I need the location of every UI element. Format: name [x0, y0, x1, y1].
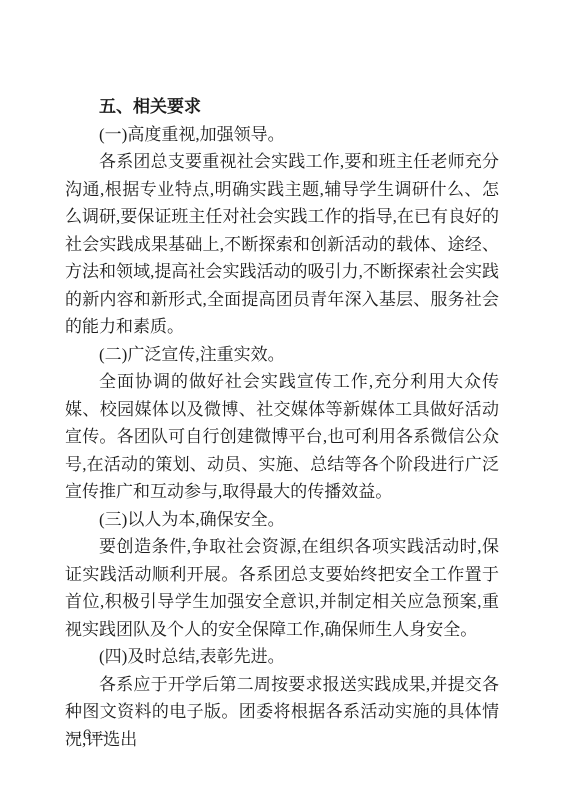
- paragraph-4: 各系应于开学后第二周按要求报送实践成果,并提交各种图文资料的电子版。团委将根据各…: [65, 671, 499, 754]
- subsection-heading-1: (一)高度重视,加强领导。: [65, 121, 499, 149]
- subsection-heading-2: (二)广泛宣传,注重实效。: [65, 341, 499, 369]
- paragraph-3: 要创造条件,争取社会资源,在组织各项实践活动时,保证实践活动顺利开展。各系团总支…: [65, 533, 499, 643]
- document-body: 五、相关要求 (一)高度重视,加强领导。 各系团总支要重视社会实践工作,要和班主…: [65, 93, 499, 753]
- page-number: —6—: [66, 727, 110, 743]
- document-page: 五、相关要求 (一)高度重视,加强领导。 各系团总支要重视社会实践工作,要和班主…: [0, 0, 565, 807]
- subsection-heading-4: (四)及时总结,表彰先进。: [65, 643, 499, 671]
- paragraph-1: 各系团总支要重视社会实践工作,要和班主任老师充分沟通,根据专业特点,明确实践主题…: [65, 148, 499, 341]
- paragraph-2: 全面协调的做好社会实践宣传工作,充分利用大众传媒、校园媒体以及微博、社交媒体等新…: [65, 368, 499, 506]
- section-heading: 五、相关要求: [65, 93, 499, 121]
- subsection-heading-3: (三)以人为本,确保安全。: [65, 506, 499, 534]
